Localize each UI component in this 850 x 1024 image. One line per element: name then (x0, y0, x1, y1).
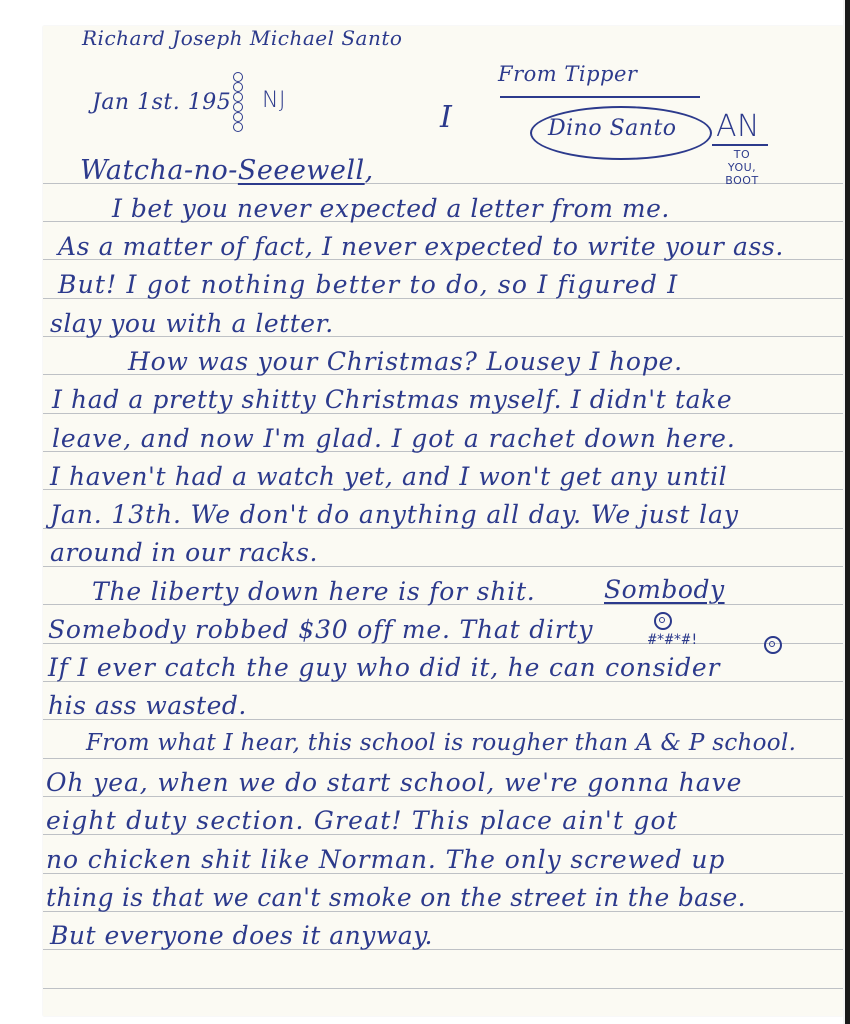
body-line: around in our racks. (50, 540, 318, 565)
body-line: I had a pretty shitty Christmas myself. … (52, 387, 732, 412)
body-line: I haven't had a watch yet, and I won't g… (50, 464, 727, 489)
body-line: his ass wasted. (48, 693, 247, 718)
body-line: slay you with a letter. (50, 311, 334, 336)
aside-note: TO YOU, BOOT (722, 148, 762, 187)
from-label: From Tipper (498, 64, 637, 85)
spiral-doodle-icon (764, 636, 782, 654)
rank-label: AN (716, 112, 760, 142)
body-line: Jan. 13th. We don't do anything all day.… (50, 502, 739, 527)
salutation: Watcha-no-Seeewell, (80, 157, 374, 184)
rule-line (43, 758, 843, 759)
salutation-name: Seeewell (238, 155, 365, 186)
chain-doodle-icon (233, 72, 247, 132)
body-line: Oh yea, when we do start school, we're g… (46, 770, 742, 795)
body-line: How was your Christmas? Lousey I hope. (128, 349, 683, 374)
salutation-prefix: Watcha-no- (80, 155, 238, 186)
body-line: As a matter of fact, I never expected to… (58, 234, 784, 259)
aside-line: BOOT (722, 174, 762, 187)
rank-underline (712, 144, 768, 146)
body-line: But! I got nothing better to do, so I fi… (58, 272, 678, 297)
salutation-comma: , (365, 155, 374, 186)
monogram: NJ (262, 90, 286, 112)
aside-line: TO (722, 148, 762, 161)
body-line: I bet you never expected a letter from m… (112, 196, 670, 221)
body-line: Somebody robbed $30 off me. That dirty (48, 617, 593, 642)
scan-edge (845, 0, 850, 1024)
body-line: The liberty down here is for shit. (92, 579, 536, 604)
author-name: Richard Joseph Michael Santo (82, 28, 402, 48)
underlined-insert: Sombody (604, 577, 725, 602)
rule-line (43, 988, 843, 989)
circled-name: Dino Santo (548, 118, 677, 140)
body-line: But everyone does it anyway. (50, 923, 433, 948)
letter-date: Jan 1st. 195 (92, 92, 231, 114)
body-line: From what I hear, this school is rougher… (86, 732, 796, 755)
aside-line: YOU, (722, 161, 762, 174)
censored-expletive: #*#*#! (648, 632, 699, 648)
page-number: I (440, 100, 452, 135)
body-line: no chicken shit like Norman. The only sc… (46, 847, 725, 872)
body-line: If I ever catch the guy who did it, he c… (48, 655, 720, 680)
from-underline (500, 96, 700, 98)
body-line: eight duty section. Great! This place ai… (46, 808, 678, 833)
body-line: thing is that we can't smoke on the stre… (46, 885, 746, 910)
body-line: leave, and now I'm glad. I got a rachet … (52, 426, 736, 451)
spiral-doodle-icon (654, 612, 672, 630)
